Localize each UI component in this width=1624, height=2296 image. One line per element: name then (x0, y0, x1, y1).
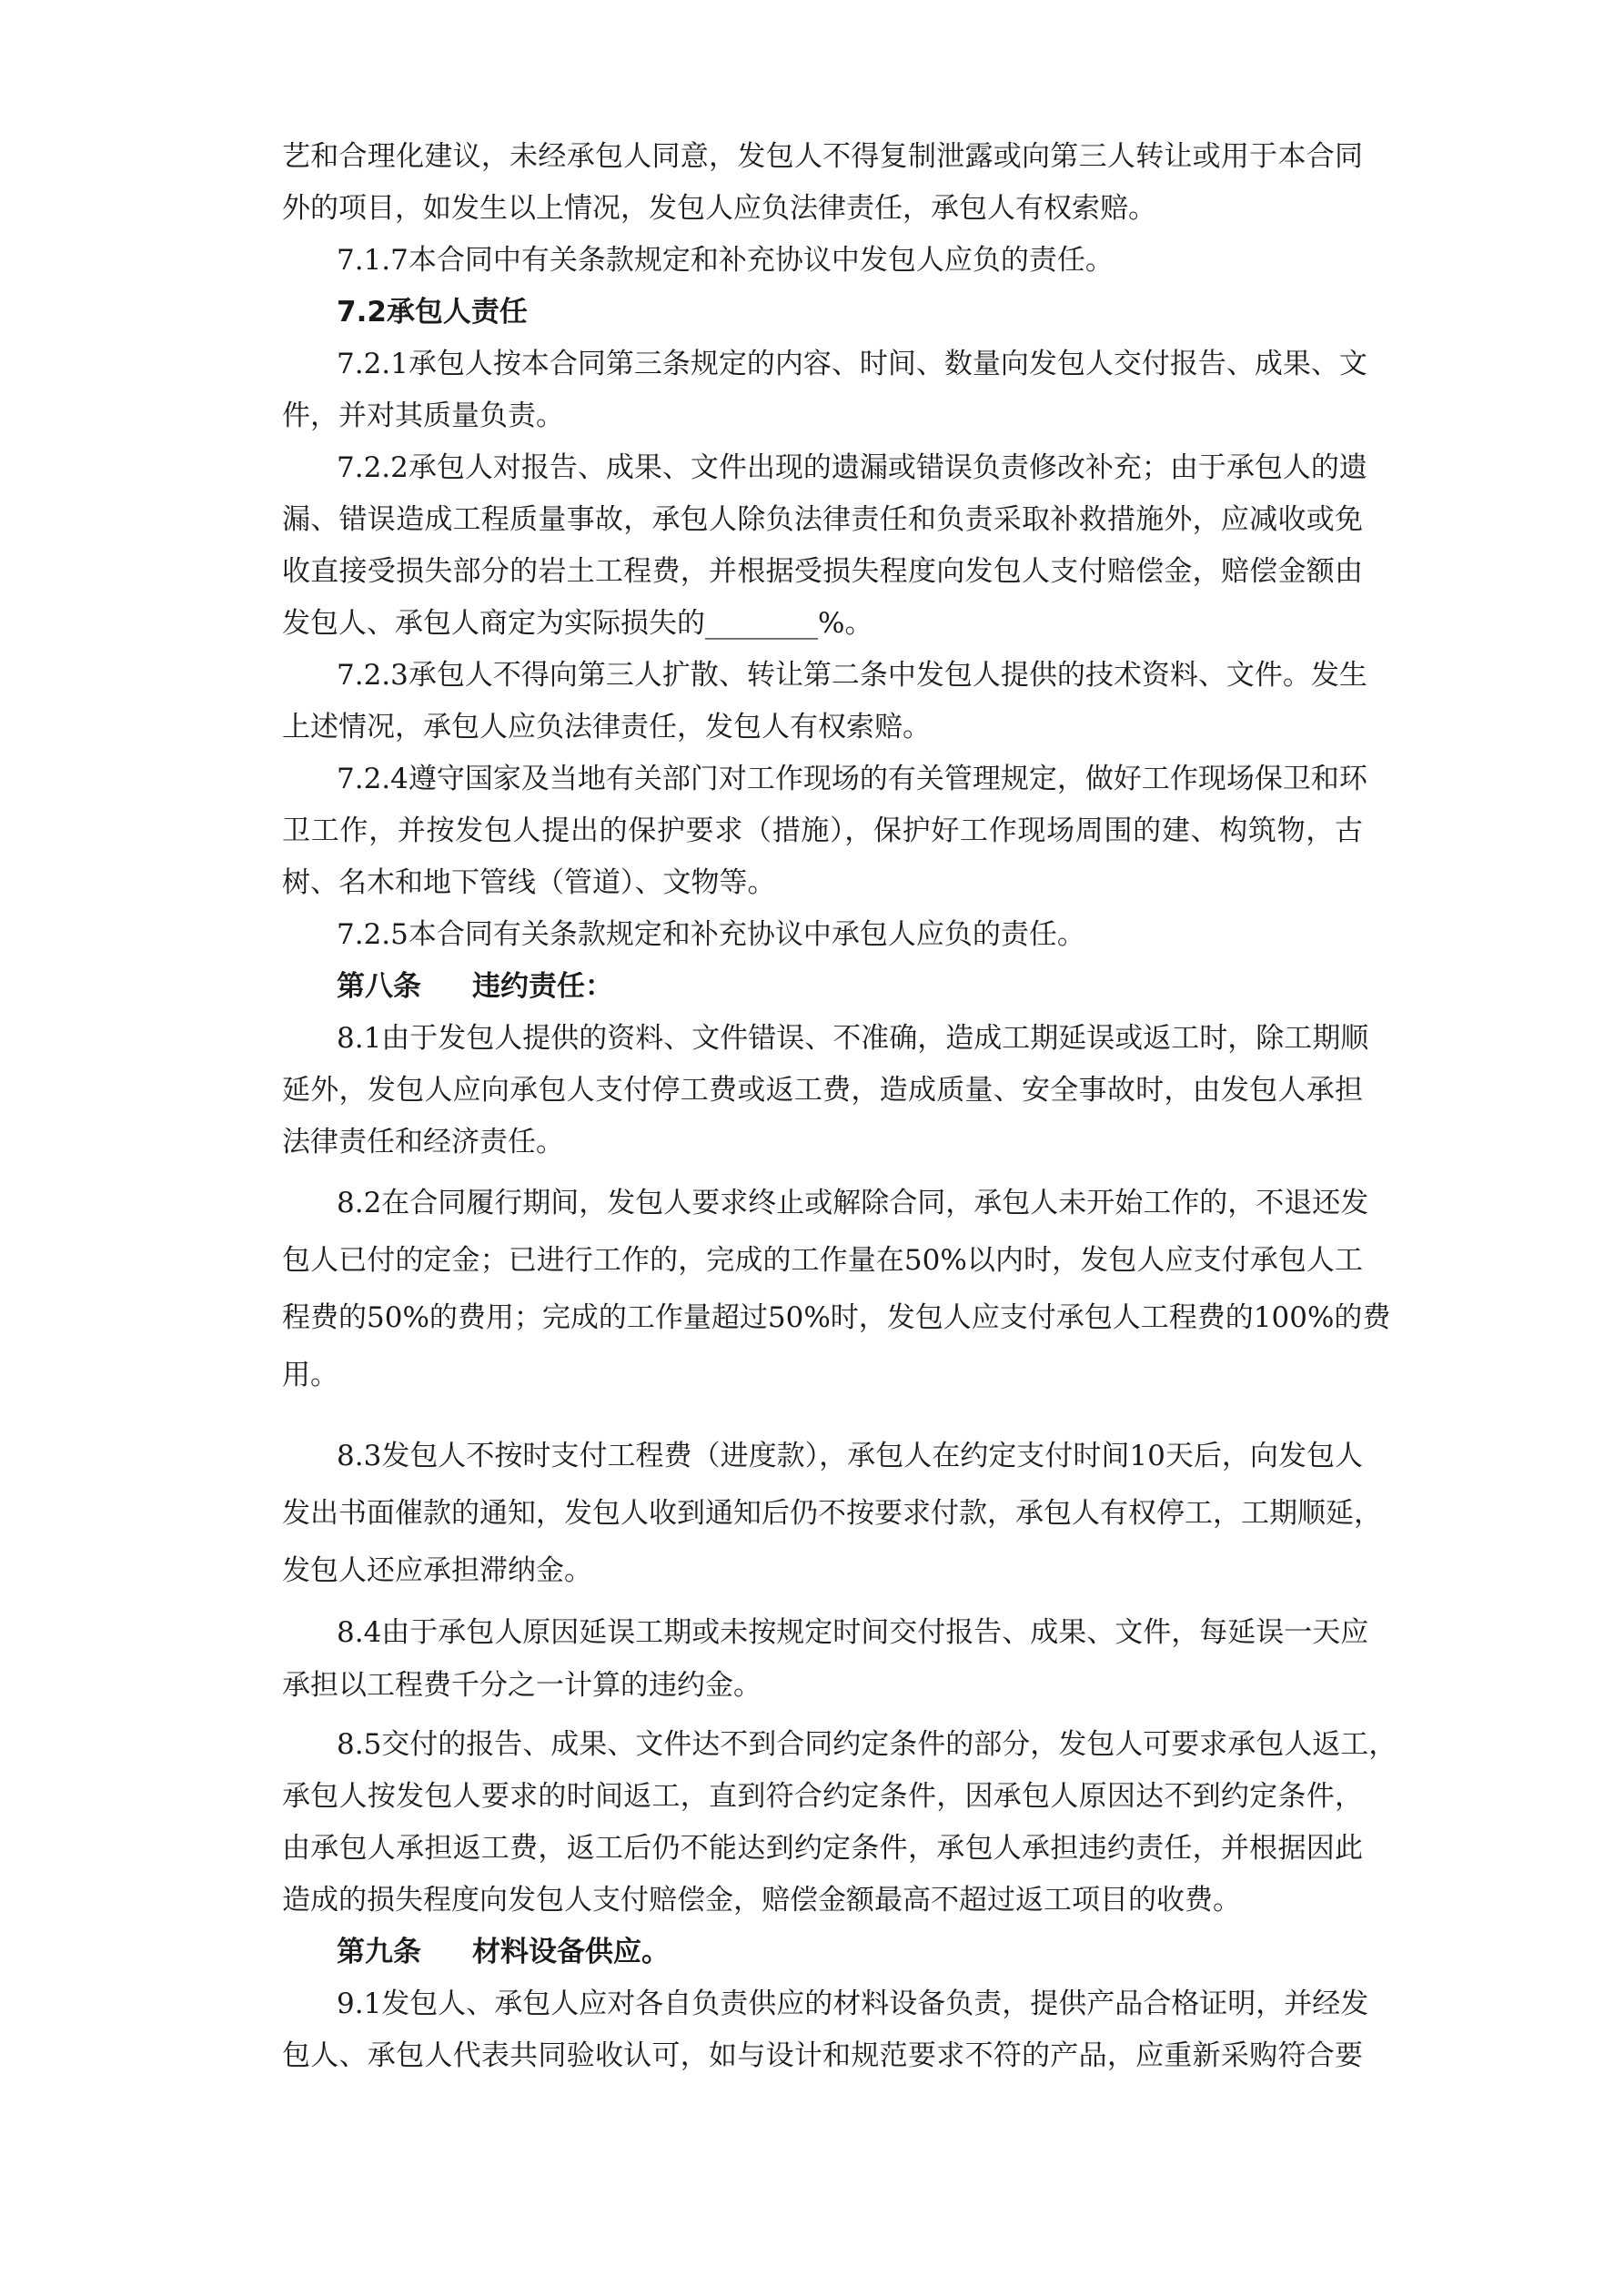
clause-8-5: 8.5交付的报告、成果、文件达不到合同约定条件的部分，发包人可要求承包人返工， (337, 1725, 1363, 1765)
paragraph-line: 漏、错误造成工程质量事故，承包人除负法律责任和负责采取补救措施外，应减收或免 (282, 500, 1363, 540)
paragraph-line: 卫工作，并按发包人提出的保护要求（措施），保护好工作现场周围的建、构筑物，古 (282, 811, 1363, 851)
paragraph-line: 承包人按发包人要求的时间返工，直到符合约定条件，因承包人原因达不到约定条件， (282, 1776, 1363, 1816)
clause-7-2-4: 7.2.4遵守国家及当地有关部门对工作现场的有关管理规定，做好工作现场保卫和环 (337, 759, 1363, 799)
paragraph-line: 发包人还应承担滞纳金。 (282, 1551, 1363, 1591)
paragraph-line: 发包人、承包人商定为实际损失的________%。 (282, 603, 1363, 643)
paragraph-line: 由承包人承担返工费，返工后仍不能达到约定条件，承包人承担违约责任，并根据因此 (282, 1828, 1363, 1868)
paragraph-line: 造成的损失程度向发包人支付赔偿金，赔偿金额最高不超过返工项目的收费。 (282, 1880, 1363, 1920)
clause-7-1-7: 7.1.7本合同中有关条款规定和补充协议中发包人应负的责任。 (337, 240, 1363, 280)
clause-9-1: 9.1发包人、承包人应对各自负责供应的材料设备负责，提供产品合格证明，并经发 (337, 1984, 1363, 2024)
clause-7-2-5: 7.2.5本合同有关条款规定和补充协议中承包人应负的责任。 (337, 915, 1363, 955)
paragraph-line: 包人、承包人代表共同验收认可，如与设计和规范要求不符的产品，应重新采购符合要 (282, 2036, 1363, 2076)
paragraph-line: 件，并对其质量负责。 (282, 396, 1363, 436)
document-page: 艺和合理化建议，未经承包人同意，发包人不得复制泄露或向第三人转让或用于本合同 外… (0, 0, 1624, 2296)
clause-8-1: 8.1由于发包人提供的资料、文件错误、不准确，造成工期延误或返工时，除工期顺 (337, 1018, 1363, 1058)
clause-7-2-1: 7.2.1承包人按本合同第三条规定的内容、时间、数量向发包人交付报告、成果、文 (337, 344, 1363, 384)
paragraph-line: 外的项目，如发生以上情况，发包人应负法律责任，承包人有权索赔。 (282, 188, 1363, 228)
article-number: 第九条 (337, 1936, 421, 1968)
paragraph-line: 法律责任和经济责任。 (282, 1122, 1363, 1162)
clause-7-2-3: 7.2.3承包人不得向第三人扩散、转让第二条中发包人提供的技术资料、文件。发生 (337, 655, 1363, 695)
paragraph-line: 延外，发包人应向承包人支付停工费或返工费，造成质量、安全事故时，由发包人承担 (282, 1070, 1363, 1110)
clause-8-2: 8.2在合同履行期间，发包人要求终止或解除合同，承包人未开始工作的，不退还发 (337, 1183, 1363, 1223)
clause-7-2-2: 7.2.2承包人对报告、成果、文件出现的遗漏或错误负责修改补充；由于承包人的遗 (337, 448, 1363, 488)
paragraph-line: 用。 (282, 1355, 1363, 1395)
paragraph-line: 收直接受损失部分的岩土工程费，并根据受损失程度向发包人支付赔偿金，赔偿金额由 (282, 551, 1363, 592)
paragraph-line: 发出书面催款的通知，发包人收到通知后仍不按要求付款，承包人有权停工，工期顺延， (282, 1493, 1363, 1533)
article-9-heading: 第九条材料设备供应。 (337, 1932, 1363, 1972)
paragraph-line: 承担以工程费千分之一计算的违约金。 (282, 1665, 1363, 1705)
paragraph-line: 艺和合理化建议，未经承包人同意，发包人不得复制泄露或向第三人转让或用于本合同 (282, 137, 1363, 177)
paragraph-line: 树、名木和地下管线（管道）、文物等。 (282, 863, 1363, 903)
article-title: 违约责任： (472, 970, 613, 1003)
paragraph-line: 程费的50%的费用；完成的工作量超过50%时，发包人应支付承包人工程费的100%… (282, 1298, 1363, 1338)
article-number: 第八条 (337, 970, 421, 1003)
subheading-7-2: 7.2承包人责任 (337, 292, 1363, 332)
paragraph-line: 包人已付的定金；已进行工作的，完成的工作量在50%以内时，发包人应支付承包人工 (282, 1240, 1363, 1280)
clause-8-3: 8.3发包人不按时支付工程费（进度款），承包人在约定支付时间10天后，向发包人 (337, 1436, 1363, 1476)
article-8-heading: 第八条违约责任： (337, 966, 1363, 1006)
paragraph-line: 上述情况，承包人应负法律责任，发包人有权索赔。 (282, 707, 1363, 747)
article-title: 材料设备供应。 (472, 1936, 670, 1968)
clause-8-4: 8.4由于承包人原因延误工期或未按规定时间交付报告、成果、文件，每延误一天应 (337, 1613, 1363, 1653)
